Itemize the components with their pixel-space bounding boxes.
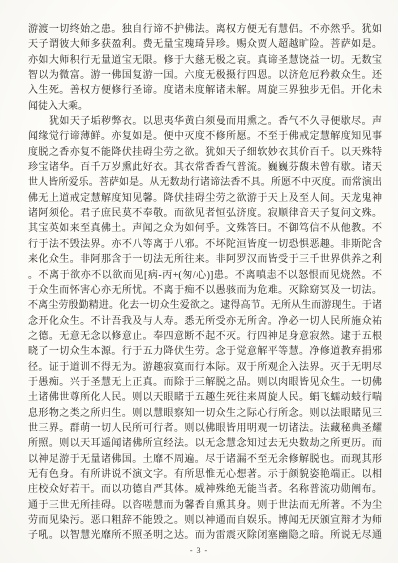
text-line: 无有色身。有所讲说不演文字。有所思惟无心想著。示于颜貌姿艳端正。以相 [28, 467, 382, 482]
text-line: 来化众生。非阿那含于一切法无所往来。非阿罗汉而皆受于三千世界供养之利 [28, 252, 382, 267]
text-line: 犹如天子垢秽弊衣。以思夷华黄白须曼而用熏之。香气不久寻便歇尽。声 [28, 114, 382, 129]
text-block: 游渡一切终始之患。独自行谛不护佛法。离权方便无有慧侣。不亦然乎。犹如天子谓彼大师… [28, 22, 382, 544]
text-line: 智以为微富。游一佛国复游一国。六度无极摄行四恩。以济危厄矜救众生。还 [28, 68, 382, 83]
text-line: 世人皆所爱乐。菩萨如是。从无数劫行诸谛法香不具。所愿不中灭度。而常演出 [28, 175, 382, 190]
page-number: - 3 - [0, 546, 398, 555]
text-line: 土诸佛世尊所化人民。则以天眼睹于五趣生死往来周旋人民。蜎飞蠕动蚑行喘 [28, 390, 382, 405]
text-line: 之德。无意无念以修意止。奉四意断不起不灭。行四神足身意寂然。逮于五根 [28, 329, 382, 344]
paragraph: 游渡一切终始之患。独自行谛不护佛法。离权方便无有慧侣。不亦然乎。犹如天子谓彼大师… [28, 22, 382, 114]
text-line: 其宝英如来至真佛土。声闻之众为如何乎。文殊答曰。不御笃信不从他教。不 [28, 221, 382, 236]
paragraph: 犹如天子垢秽弊衣。以思夷华黄白须曼而用熏之。香气不久寻便歇尽。声闻缘觉行谛薄鲜。… [28, 114, 382, 544]
text-line: 念开化众生。不计吾我及与人寿。悉无所受亦无所舍。净必一切人民所施众祐 [28, 314, 382, 329]
text-line: 世三界。群萌一切人民所可行者。则以佛眼皆用明观一切诸法。法藏秘典圣耀 [28, 421, 382, 436]
text-line: 闻缘觉行谛薄鲜。亦复如是。便中灭度不修所愿。不至于佛戒定慧解度知见事 [28, 129, 382, 144]
text-line: 以神足游于无量诸佛国。土靡不周遍。尽于诸漏不至无余修解脱也。而现其形 [28, 452, 382, 467]
text-line: 度脱之香亦复不能降伏挂碍尘劳之欲。犹如天子细软妙衣其价百千。以天殊特 [28, 145, 382, 160]
text-line: 亦如大师积行无量道宝无限。修于大慈无极之哀。真谛圣慧饶益一切。无数宝 [28, 53, 382, 68]
text-line: 行于法不毁法界。亦不八等离于八邪。不坏陀洹皆度一切恐惧恶趣。非斯陀含 [28, 237, 382, 252]
text-line: 游渡一切终始之患。独自行谛不护佛法。离权方便无有慧侣。不亦然乎。犹如 [28, 22, 382, 37]
text-line: 不离尘劳殷勤精进。化去一切众生爱欲之。逮得高节。无所从生而游现生。于诸想 [28, 298, 382, 313]
scanned-page: 游渡一切终始之患。独自行谛不护佛法。离权方便无有慧侣。不亦然乎。犹如天子谓彼大师… [0, 0, 398, 563]
text-line: 庄校众好若干。而以功德自严其体。威神殊绝无能当者。名称普流功勋阐布。 [28, 482, 382, 497]
text-line: 佛无上道戒定慧解度知见馨。降伏挂碍尘劳之欲游于天上及至人间。天龙鬼神 [28, 191, 382, 206]
text-line: 通于三世无所挂碍。以咨嗟慧而为馨香自熏其身。则于世法而无所著。不为尘 [28, 498, 382, 513]
text-line: 入生死。善权方便修行圣谛。度诸未度解诸未解。周旋三界独步无侣。开化未 [28, 83, 382, 98]
text-line: 晓了一切众生本源。行于五力降伏生劳。念于觉意解平等慧。净修道教弃捐邪 [28, 344, 382, 359]
text-line: 闻徒入大乘。 [28, 99, 382, 114]
text-line: 子吼。以智慧光靡所不照圣明之达。而为雷震灭除闭塞幽隐之暗。所说无尽通 [28, 528, 382, 543]
text-line: 于愚痴。兴于圣慧无上正真。而除于三解脱之品。则以肉眼皆见众生。一切佛 [28, 375, 382, 390]
text-line: 珍宝诸华。百千万岁熏此好衣。其衣常香香气普流。巍巍芬馥未曾有歇。诸天 [28, 160, 382, 175]
text-line: 径。证于道训不得无为。游趣寂寞而行本际。双于所观企入法界。灭于无明尽 [28, 360, 382, 375]
text-line: 劳而见染污。恶口粗辞不能毁之。则以神通而自娱乐。博闻无厌颁宣辩才为师 [28, 513, 382, 528]
text-line: 于众生而怀害心亦无所忧。不离于痴不以愚骇而为危难。灭除窈冥及一切法。 [28, 283, 382, 298]
text-line: 诸阿须伦。君子庶民莫不奉敬。而欲见者恒弘济度。寂顺律音天子复问文殊。 [28, 206, 382, 221]
text-line: 天子谓彼大师多获盈利。费无量宝瑰琦异珍。赐众贾人超越旷险。菩萨如是。 [28, 37, 382, 52]
text-line: 息形物之类之所归生。则以慧眼察知一切众生之际心行所念。则以法眼睹见三 [28, 406, 382, 421]
text-line: 所照。则以天耳遥闻诸佛所宣经法。以无念慧念知过去无央数劫之所更历。而 [28, 436, 382, 451]
text-line: 。不离于欲亦不以欲而见[病-丙+(匆/心)]患。不离嗔恚不以怒恨而见烧然。不 [28, 268, 382, 283]
